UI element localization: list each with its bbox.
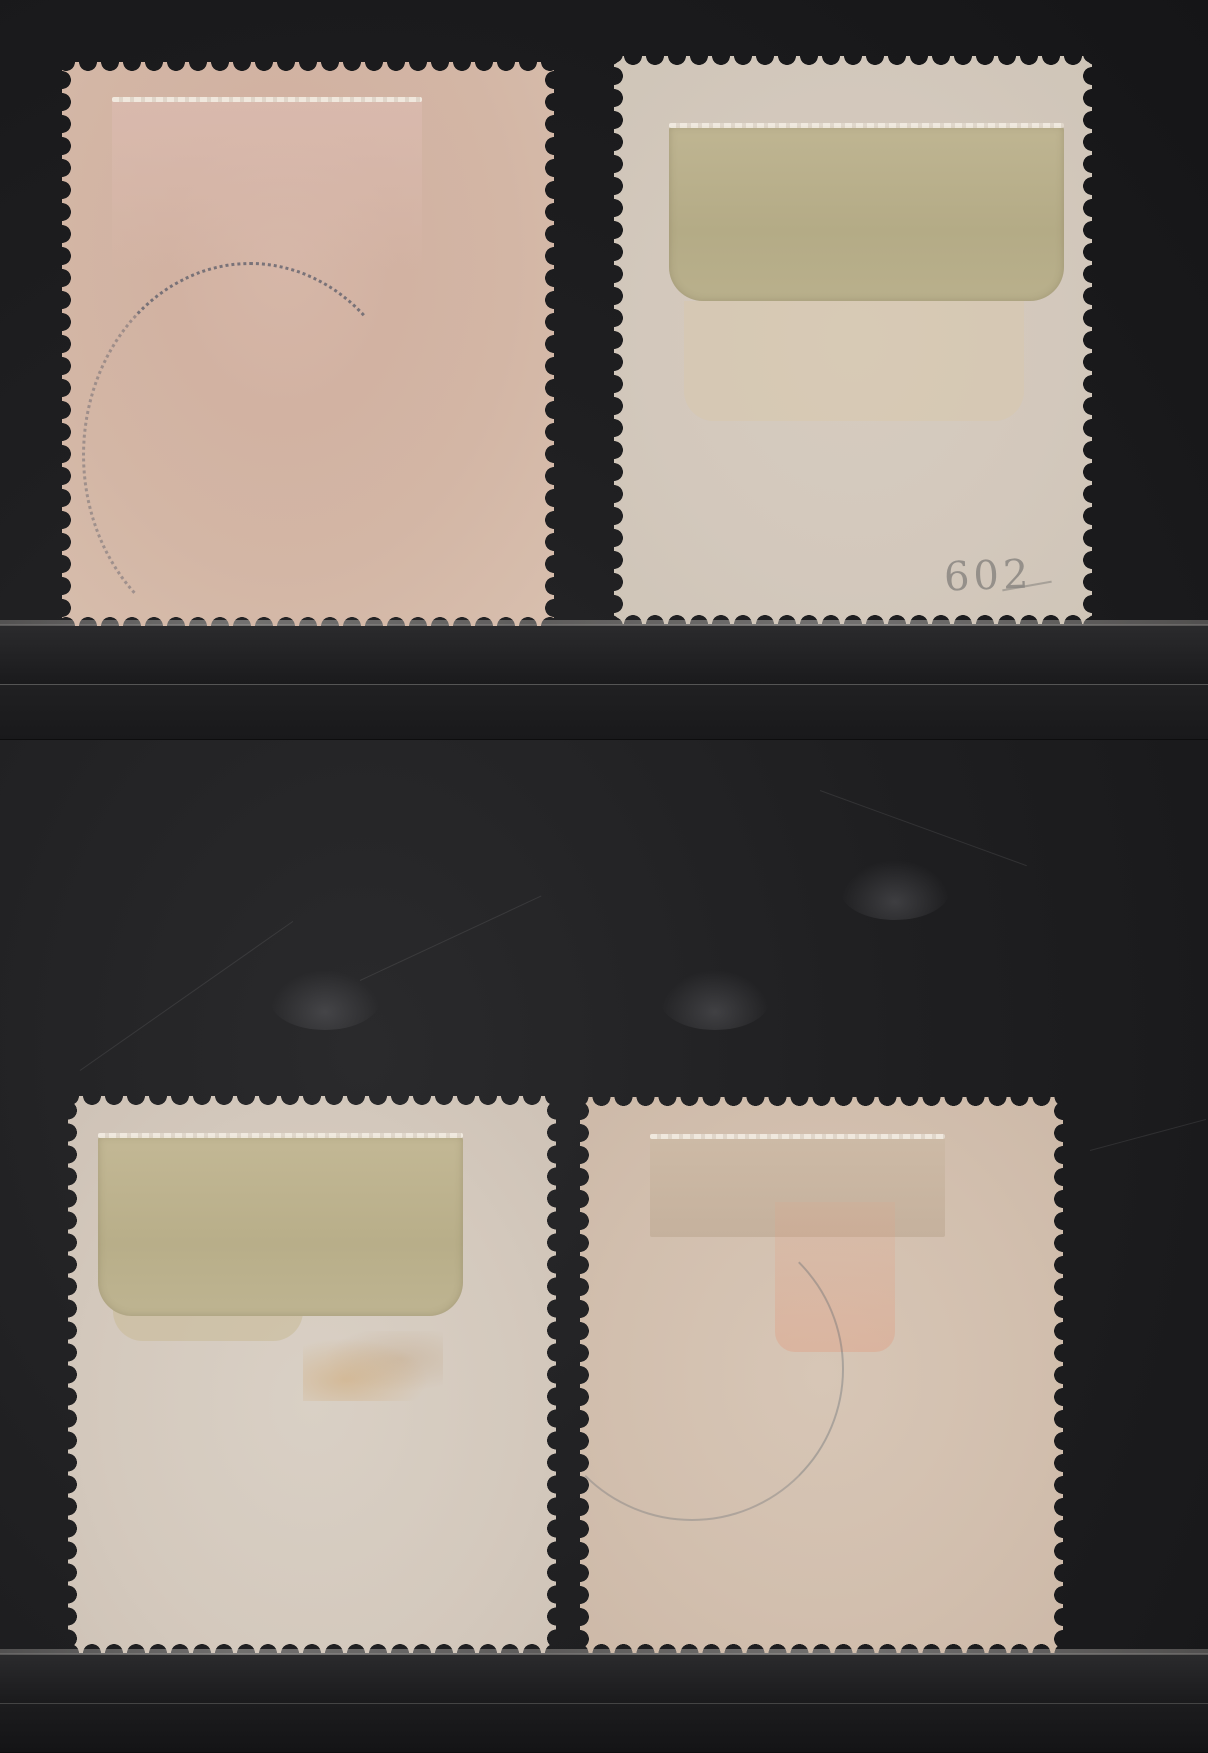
hinge-remnant (98, 1136, 463, 1316)
stock-card-strip (0, 1703, 1208, 1751)
hinge-remnant (669, 126, 1064, 301)
stock-card-strip (0, 624, 1208, 686)
pocket-impression (840, 860, 950, 920)
surface-scratch (1090, 1119, 1206, 1151)
stamp-back-bottom-left (68, 1096, 556, 1653)
hinge-shadow (684, 301, 1024, 421)
surface-scratch (80, 921, 294, 1071)
surface-scratch (820, 790, 1027, 866)
hinge-remnant (112, 100, 422, 270)
stamp-back-top-right: 602 (614, 56, 1092, 624)
pocket-impression (660, 970, 770, 1030)
stamp-back-bottom-right (580, 1097, 1063, 1653)
cancel-mark (82, 262, 418, 648)
stock-card-strip (0, 1653, 1208, 1705)
stock-card-strip (0, 684, 1208, 740)
cancel-mark (540, 1217, 844, 1521)
stamp-back-top-left (62, 62, 554, 626)
stock-card: 602 (0, 0, 1208, 1751)
toning-stain (303, 1331, 443, 1401)
surface-scratch (360, 896, 542, 981)
pencil-annotation: 602 (943, 551, 1033, 600)
